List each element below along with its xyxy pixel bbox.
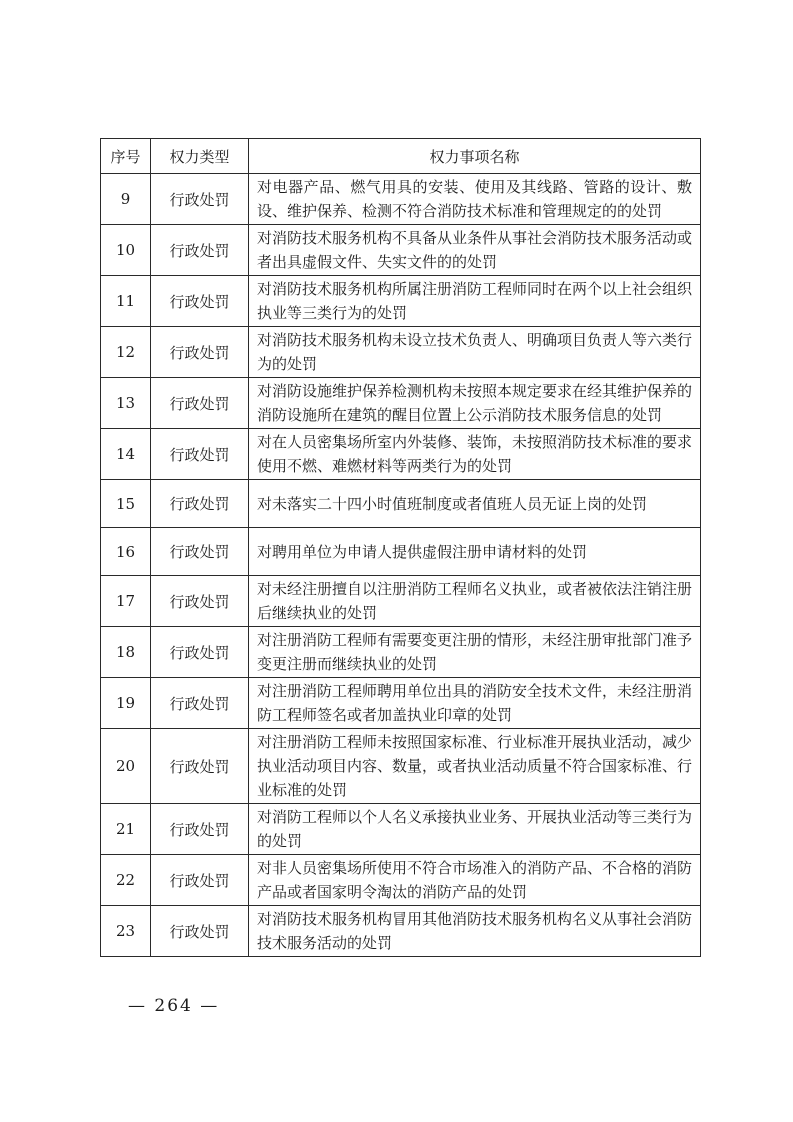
table-row: 14 行政处罚 对在人员密集场所室内外装修、装饰，未按照消防技术标准的要求使用不…: [101, 429, 701, 480]
cell-power-item-name: 对消防技术服务机构不具备从业条件从事社会消防技术服务活动或者出具虚假文件、失实文…: [249, 225, 701, 276]
cell-serial-number: 18: [101, 627, 151, 678]
table-row: 12 行政处罚 对消防技术服务机构未设立技术负责人、明确项目负责人等六类行为的处…: [101, 327, 701, 378]
document-page: 序号 权力类型 权力事项名称 9 行政处罚 对电器产品、燃气用具的安装、使用及其…: [0, 0, 793, 1122]
cell-power-item-name: 对未落实二十四小时值班制度或者值班人员无证上岗的处罚: [249, 480, 701, 528]
table-row: 10 行政处罚 对消防技术服务机构不具备从业条件从事社会消防技术服务活动或者出具…: [101, 225, 701, 276]
table-row: 17 行政处罚 对未经注册擅自以注册消防工程师名义执业，或者被依法注销注册后继续…: [101, 576, 701, 627]
cell-serial-number: 16: [101, 528, 151, 576]
cell-power-type: 行政处罚: [151, 576, 249, 627]
table-row: 22 行政处罚 对非人员密集场所使用不符合市场准入的消防产品、不合格的消防产品或…: [101, 855, 701, 906]
cell-serial-number: 12: [101, 327, 151, 378]
cell-power-type: 行政处罚: [151, 174, 249, 225]
cell-power-type: 行政处罚: [151, 225, 249, 276]
cell-power-type: 行政处罚: [151, 528, 249, 576]
table-row: 19 行政处罚 对注册消防工程师聘用单位出具的消防安全技术文件，未经注册消防工程…: [101, 678, 701, 729]
table-row: 20 行政处罚 对注册消防工程师未按照国家标准、行业标准开展执业活动，减少执业活…: [101, 729, 701, 804]
cell-serial-number: 23: [101, 906, 151, 957]
cell-power-item-name: 对注册消防工程师未按照国家标准、行业标准开展执业活动，减少执业活动项目内容、数量…: [249, 729, 701, 804]
cell-power-item-name: 对聘用单位为申请人提供虚假注册申请材料的处罚: [249, 528, 701, 576]
table-body: 9 行政处罚 对电器产品、燃气用具的安装、使用及其线路、管路的设计、敷设、维护保…: [101, 174, 701, 957]
table-row: 23 行政处罚 对消防技术服务机构冒用其他消防技术服务机构名义从事社会消防技术服…: [101, 906, 701, 957]
cell-serial-number: 15: [101, 480, 151, 528]
cell-power-item-name: 对消防技术服务机构未设立技术负责人、明确项目负责人等六类行为的处罚: [249, 327, 701, 378]
cell-power-item-name: 对消防技术服务机构冒用其他消防技术服务机构名义从事社会消防技术服务活动的处罚: [249, 906, 701, 957]
cell-serial-number: 20: [101, 729, 151, 804]
cell-serial-number: 13: [101, 378, 151, 429]
table-row: 15 行政处罚 对未落实二十四小时值班制度或者值班人员无证上岗的处罚: [101, 480, 701, 528]
cell-serial-number: 19: [101, 678, 151, 729]
cell-power-item-name: 对消防工程师以个人名义承接执业业务、开展执业活动等三类行为的处罚: [249, 804, 701, 855]
cell-serial-number: 21: [101, 804, 151, 855]
cell-power-type: 行政处罚: [151, 429, 249, 480]
cell-power-item-name: 对注册消防工程师聘用单位出具的消防安全技术文件，未经注册消防工程师签名或者加盖执…: [249, 678, 701, 729]
header-power-type: 权力类型: [151, 139, 249, 174]
header-serial-number: 序号: [101, 139, 151, 174]
header-power-item-name: 权力事项名称: [249, 139, 701, 174]
cell-power-item-name: 对非人员密集场所使用不符合市场准入的消防产品、不合格的消防产品或者国家明令淘汰的…: [249, 855, 701, 906]
cell-power-type: 行政处罚: [151, 327, 249, 378]
cell-serial-number: 14: [101, 429, 151, 480]
cell-power-item-name: 对电器产品、燃气用具的安装、使用及其线路、管路的设计、敷设、维护保养、检测不符合…: [249, 174, 701, 225]
cell-power-type: 行政处罚: [151, 729, 249, 804]
table-row: 18 行政处罚 对注册消防工程师有需要变更注册的情形，未经注册审批部门准予变更注…: [101, 627, 701, 678]
cell-power-type: 行政处罚: [151, 855, 249, 906]
cell-power-item-name: 对消防设施维护保养检测机构未按照本规定要求在经其维护保养的消防设施所在建筑的醒目…: [249, 378, 701, 429]
table-header-row: 序号 权力类型 权力事项名称: [101, 139, 701, 174]
cell-power-type: 行政处罚: [151, 276, 249, 327]
cell-serial-number: 17: [101, 576, 151, 627]
cell-power-item-name: 对注册消防工程师有需要变更注册的情形，未经注册审批部门准予变更注册而继续执业的处…: [249, 627, 701, 678]
cell-power-type: 行政处罚: [151, 906, 249, 957]
table-row: 11 行政处罚 对消防技术服务机构所属注册消防工程师同时在两个以上社会组织执业等…: [101, 276, 701, 327]
cell-power-type: 行政处罚: [151, 804, 249, 855]
cell-power-type: 行政处罚: [151, 378, 249, 429]
cell-serial-number: 9: [101, 174, 151, 225]
table-header: 序号 权力类型 权力事项名称: [101, 139, 701, 174]
cell-power-item-name: 对在人员密集场所室内外装修、装饰，未按照消防技术标准的要求使用不燃、难燃材料等两…: [249, 429, 701, 480]
cell-serial-number: 11: [101, 276, 151, 327]
table-row: 21 行政处罚 对消防工程师以个人名义承接执业业务、开展执业活动等三类行为的处罚: [101, 804, 701, 855]
cell-power-item-name: 对消防技术服务机构所属注册消防工程师同时在两个以上社会组织执业等三类行为的处罚: [249, 276, 701, 327]
cell-power-type: 行政处罚: [151, 627, 249, 678]
table-row: 13 行政处罚 对消防设施维护保养检测机构未按照本规定要求在经其维护保养的消防设…: [101, 378, 701, 429]
cell-power-item-name: 对未经注册擅自以注册消防工程师名义执业，或者被依法注销注册后继续执业的处罚: [249, 576, 701, 627]
cell-power-type: 行政处罚: [151, 480, 249, 528]
table-row: 9 行政处罚 对电器产品、燃气用具的安装、使用及其线路、管路的设计、敷设、维护保…: [101, 174, 701, 225]
cell-serial-number: 10: [101, 225, 151, 276]
page-number: — 264 —: [128, 996, 219, 1016]
cell-power-type: 行政处罚: [151, 678, 249, 729]
power-items-table: 序号 权力类型 权力事项名称 9 行政处罚 对电器产品、燃气用具的安装、使用及其…: [100, 138, 701, 957]
cell-serial-number: 22: [101, 855, 151, 906]
table-row: 16 行政处罚 对聘用单位为申请人提供虚假注册申请材料的处罚: [101, 528, 701, 576]
